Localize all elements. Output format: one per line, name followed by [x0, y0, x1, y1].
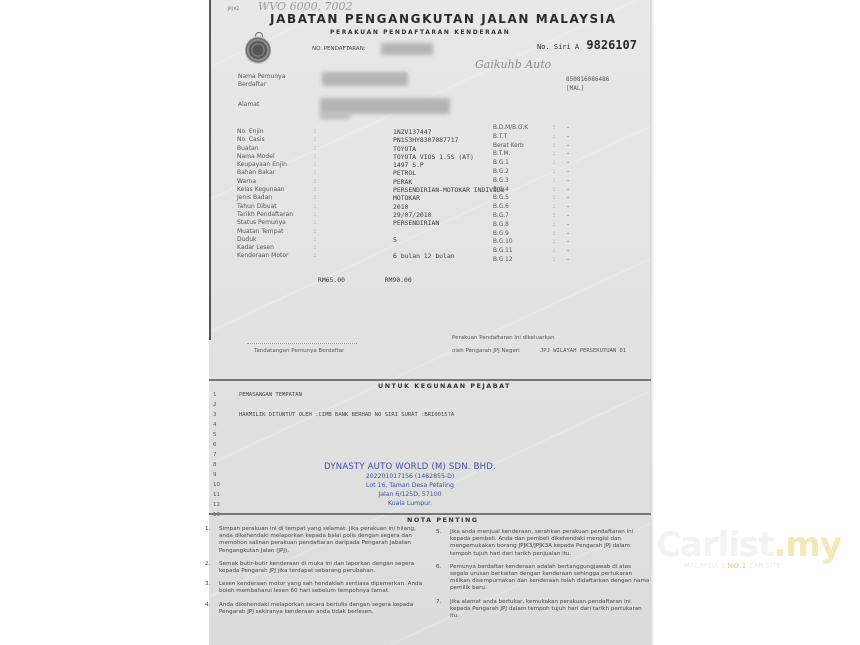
vehicle-detail-value: TOYOTA VIOS 1.5S (AT) — [393, 153, 474, 161]
vehicle-detail-row: Tahun Dibuat:2010 — [237, 203, 505, 211]
vehicle-detail-label: Status Pemunya — [237, 219, 314, 227]
weight-label: B.G.9 — [493, 230, 553, 239]
tagline-highlight: NO.1 — [727, 562, 746, 570]
section-divider — [209, 379, 651, 381]
dealer-stamp: DYNASTY AUTO WORLD (M) SDN. BHD. 2022010… — [320, 462, 500, 508]
paper-left-edge — [209, 0, 211, 340]
vehicle-detail-row: Status Pemunya:PERSENDIRIAN — [237, 219, 505, 227]
vehicle-detail-row: Buatan:TOYOTA — [237, 145, 505, 153]
note-item: 5.Jika anda menjual kenderaan, serahkan … — [436, 529, 651, 558]
vehicle-detail-row: Duduk:5 — [237, 236, 505, 244]
colon: : — [553, 142, 567, 151]
note-text: Jika alamat anda bertukar, kemukakan per… — [450, 599, 651, 621]
weight-row: B.G.11:- — [493, 247, 569, 256]
office-row-number: 11 — [213, 492, 239, 498]
colon: : — [553, 212, 567, 221]
colon: : — [314, 145, 391, 153]
fee-12-months: RM90.00 — [385, 276, 412, 284]
weight-row: B.G.1:- — [493, 159, 569, 168]
note-item: 6.Pemunya berdaftar kenderaan adalah ber… — [436, 564, 651, 593]
stamp-address-3: Kuala Lumpur. — [320, 499, 500, 508]
colon: : — [314, 211, 391, 219]
colon: : — [314, 169, 391, 177]
weight-label: B.G.6 — [493, 203, 553, 212]
colon: : — [314, 161, 391, 169]
stamp-company: DYNASTY AUTO WORLD (M) SDN. BHD. — [320, 462, 500, 472]
colon: : — [314, 194, 391, 202]
vehicle-detail-row: Kelas Kegunaan:PERSENDIRIAN-MOTOKAR INDI… — [237, 186, 505, 194]
colon: : — [553, 177, 567, 186]
serial-number: No. Siri A 9826107 — [537, 38, 637, 52]
colon: : — [314, 228, 391, 236]
notes-left-column: 1.Simpan perakuan ini di tempat yang sel… — [205, 526, 430, 622]
office-row-text: PEMASANGAN TEMPATAN — [239, 392, 302, 398]
office-row-number: 7 — [213, 452, 239, 458]
office-use-row: 2 — [213, 400, 454, 410]
stamp-address-2: Jalan 6/125D, 57100 — [320, 490, 500, 499]
note-item: 2.Semak butir-butir kenderaan di muka in… — [205, 561, 430, 575]
vehicle-detail-row: Kenderaan Motor:6 bulan 12 bulan — [237, 252, 505, 260]
colon: : — [553, 230, 567, 239]
weight-value: - — [567, 247, 569, 256]
note-text: Anda dikehendaki melaporkan secara bertu… — [219, 602, 430, 616]
office-row-number: 8 — [213, 462, 239, 468]
note-item: 3.Lesen kenderaan motor yang sah hendakl… — [205, 581, 430, 595]
office-use-row: 5 — [213, 430, 454, 440]
weight-label: B.G.3 — [493, 177, 553, 186]
vehicle-detail-value: 1497 S.P — [393, 161, 424, 169]
license-fees: RM65.00 RM90.00 — [318, 276, 412, 284]
vehicle-detail-label: Nama Model — [237, 153, 314, 161]
weight-row: B.G.6:- — [493, 203, 569, 212]
registration-number-label: NO. PENDAFTARAN: — [312, 46, 366, 52]
owner-signature-label: Tandatangan Pemunya Berdaftar — [254, 348, 344, 354]
serial-prefix: No. Siri A — [537, 43, 579, 51]
office-use-row: 1PEMASANGAN TEMPATAN — [213, 390, 454, 400]
colon: : — [553, 159, 567, 168]
colon: : — [553, 133, 567, 142]
address-redacted-line2 — [320, 114, 350, 119]
handwritten-signature: Gaikuhb Auto — [475, 58, 551, 71]
vehicle-detail-value: 29/07/2010 — [393, 211, 431, 219]
serial-value: 9826107 — [586, 38, 637, 52]
watermark-logo: Carlist.my — [656, 525, 841, 565]
note-text: Jika anda menjual kenderaan, serahkan pe… — [450, 529, 651, 558]
colon: : — [314, 136, 391, 144]
vehicle-detail-label: Warna — [237, 178, 314, 186]
weight-value: - — [567, 212, 569, 221]
note-number: 7. — [436, 599, 450, 621]
vehicle-detail-label: Kelas Kegunaan — [237, 186, 314, 194]
weight-value: - — [567, 168, 569, 177]
notes-right-column: 5.Jika anda menjual kenderaan, serahkan … — [436, 529, 651, 626]
office-use-row: 6 — [213, 440, 454, 450]
weight-label: B.G.10 — [493, 238, 553, 247]
colon: : — [553, 150, 567, 159]
note-item: 7.Jika alamat anda bertukar, kemukakan p… — [436, 599, 651, 621]
weight-label: B.G.7 — [493, 212, 553, 221]
note-number: 4. — [205, 602, 219, 616]
colon: : — [553, 194, 567, 203]
vehicle-detail-label: Tahun Dibuat — [237, 203, 314, 211]
owner-id-suffix: [MAL] — [566, 84, 609, 93]
weight-row: B.T.T:- — [493, 133, 569, 142]
weight-label: Berat Kerb — [493, 142, 553, 151]
note-text: Lesen kenderaan motor yang sah hendaklah… — [219, 581, 430, 595]
note-number: 1. — [205, 526, 219, 555]
weight-value: - — [567, 230, 569, 239]
vehicle-detail-row: Kadar Lesen: — [237, 244, 505, 252]
watermark-suffix: .my — [773, 525, 841, 565]
weight-label: B.G.4 — [493, 186, 553, 195]
colon: : — [553, 168, 567, 177]
office-use-row: 4 — [213, 420, 454, 430]
colon: : — [314, 203, 391, 211]
issuing-office: JPJ WILAYAH PERSEKUTUAN 01 — [540, 348, 626, 354]
weight-row: B.G.4:- — [493, 186, 569, 195]
weight-row: B.G.12:- — [493, 256, 569, 265]
weight-row: B.G.10:- — [493, 238, 569, 247]
stamp-address-1: Lot 16, Taman Desa Petaling — [320, 481, 500, 490]
note-number: 2. — [205, 561, 219, 575]
notes-title: NOTA PENTING — [407, 516, 479, 524]
weight-label: B.D.M/B.G.K — [493, 124, 553, 133]
weight-row: B.G.8:- — [493, 221, 569, 230]
carlist-watermark: Carlist.my MALAYSIA'S NO.1 CAR SITE — [656, 525, 841, 570]
tagline-pre: MALAYSIA'S — [684, 562, 725, 570]
note-number: 6. — [436, 564, 450, 593]
note-item: 4.Anda dikehendaki melaporkan secara ber… — [205, 602, 430, 616]
vehicle-details: No. Enjin:1NZV137447No. Casis:PN153HY830… — [237, 128, 505, 261]
weight-row: B.G.2:- — [493, 168, 569, 177]
owner-label-line2: Berdaftar — [238, 81, 285, 89]
vehicle-detail-value: PERSENDIRIAN — [393, 219, 439, 227]
vehicle-detail-row: Muatan Tempat: — [237, 228, 505, 236]
vehicle-detail-label: No. Casis — [237, 136, 314, 144]
weight-label: B.T.T — [493, 133, 553, 142]
weight-value: - — [567, 142, 569, 151]
issued-line-2: oleh Pengarah JPJ Negeri — [452, 348, 520, 354]
vehicle-detail-value: PERAK — [393, 178, 412, 186]
weight-value: - — [567, 203, 569, 212]
stamp-reg: 202201017156 (1462855-D) — [320, 472, 500, 481]
vehicle-detail-label: Buatan — [237, 145, 314, 153]
vehicle-detail-label: Bahan Bakar — [237, 169, 314, 177]
owner-label-line1: Nama Pemunya — [238, 73, 285, 81]
owner-id-number: 850816086486 — [566, 75, 609, 84]
vehicle-detail-label: No. Enjin — [237, 128, 314, 136]
vehicle-detail-row: Tarikh Pendaftaran:29/07/2010 — [237, 211, 505, 219]
vehicle-detail-row: No. Enjin:1NZV137447 — [237, 128, 505, 136]
notes-divider — [209, 513, 651, 515]
office-row-number: 1 — [213, 392, 239, 398]
vehicle-detail-row: Keupayaan Enjin:1497 S.P — [237, 161, 505, 169]
colon: : — [553, 256, 567, 265]
weight-value: - — [567, 133, 569, 142]
note-number: 5. — [436, 529, 450, 558]
colon: : — [314, 244, 391, 252]
office-row-number: 12 — [213, 502, 239, 508]
colon: : — [553, 186, 567, 195]
colon: : — [553, 221, 567, 230]
vehicle-detail-row: Warna:PERAK — [237, 178, 505, 186]
vehicle-detail-value: 5 — [393, 236, 397, 244]
office-row-number: 10 — [213, 482, 239, 488]
form-code: JPJ K2 — [228, 6, 239, 11]
colon: : — [314, 186, 391, 194]
tagline-post: CAR SITE — [749, 562, 781, 570]
office-row-number: 4 — [213, 422, 239, 428]
vehicle-detail-value: MOTOKAR — [393, 194, 420, 202]
address-label: Alamat — [238, 101, 259, 109]
weight-value: - — [567, 177, 569, 186]
note-number: 3. — [205, 581, 219, 595]
vehicle-detail-label: Muatan Tempat — [237, 228, 314, 236]
vehicle-detail-label: Tarikh Pendaftaran — [237, 211, 314, 219]
office-row-number: 6 — [213, 442, 239, 448]
office-row-text: HAKMILIK DITUNTUT OLEH :CIMB BANK BERHAD… — [239, 412, 454, 418]
weight-row: B.G.7:- — [493, 212, 569, 221]
colon: : — [314, 153, 391, 161]
vehicle-detail-row: No. Casis:PN153HY8307087717 — [237, 136, 505, 144]
note-text: Pemunya berdaftar kenderaan adalah berta… — [450, 564, 651, 593]
weight-value: - — [567, 150, 569, 159]
vehicle-detail-row: Nama Model:TOYOTA VIOS 1.5S (AT) — [237, 153, 505, 161]
weight-row: B.G.3:- — [493, 177, 569, 186]
office-use-row: 3HAKMILIK DITUNTUT OLEH :CIMB BANK BERHA… — [213, 410, 454, 420]
office-row-number: 3 — [213, 412, 239, 418]
address-redacted — [320, 98, 450, 114]
vehicle-detail-label: Keupayaan Enjin — [237, 161, 314, 169]
issued-line-1: Perakuan Pendaftaran ini dikeluarkan — [452, 335, 555, 341]
weight-label: B.G.8 — [493, 221, 553, 230]
note-text: Semak butir-butir kenderaan di muka ini … — [219, 561, 430, 575]
vehicle-detail-row: Bahan Bakar:PETROL — [237, 169, 505, 177]
fee-6-months: RM65.00 — [318, 276, 345, 284]
weight-row: B.G.5:- — [493, 194, 569, 203]
colon: : — [314, 128, 391, 136]
vehicle-detail-value: PN153HY8307087717 — [393, 136, 458, 144]
colon: : — [553, 238, 567, 247]
registration-number-redacted — [381, 43, 433, 55]
vehicle-detail-label: Kenderaan Motor — [237, 252, 314, 260]
office-row-number: 9 — [213, 472, 239, 478]
weight-label: B.G.2 — [493, 168, 553, 177]
owner-label: Nama Pemunya Berdaftar — [238, 73, 285, 90]
vehicle-detail-value: 1NZV137447 — [393, 128, 431, 136]
vehicle-detail-label: Duduk — [237, 236, 314, 244]
colon: : — [314, 236, 391, 244]
vehicle-detail-label: Kadar Lesen — [237, 244, 314, 252]
weight-details: B.D.M/B.G.K:-B.T.T:-Berat Kerb:-B.T.M.:-… — [493, 124, 569, 265]
watermark-brand: Carlist — [656, 525, 773, 565]
weight-row: B.G.9:- — [493, 230, 569, 239]
weight-value: - — [567, 256, 569, 265]
weight-row: B.D.M/B.G.K:- — [493, 124, 569, 133]
vehicle-detail-row: Jenis Badan:MOTOKAR — [237, 194, 505, 202]
weight-row: B.T.M.:- — [493, 150, 569, 159]
weight-label: B.T.M. — [493, 150, 553, 159]
signature-line — [247, 343, 357, 344]
weight-label: B.G.12 — [493, 256, 553, 265]
weight-value: - — [567, 238, 569, 247]
weight-row: Berat Kerb:- — [493, 142, 569, 151]
colon: : — [314, 219, 391, 227]
agency-title: JABATAN PENGANGKUTAN JALAN MALAYSIA — [270, 12, 617, 26]
weight-value: - — [567, 194, 569, 203]
vehicle-detail-value: 6 bulan 12 bulan — [393, 252, 455, 260]
vehicle-detail-value: TOYOTA — [393, 145, 416, 153]
weight-label: B.G.1 — [493, 159, 553, 168]
colon: : — [314, 178, 391, 186]
colon: : — [553, 203, 567, 212]
owner-name-redacted — [322, 72, 408, 86]
office-use-title: UNTUK KEGUNAAN PEJABAT — [378, 382, 511, 390]
office-use-row: 7 — [213, 450, 454, 460]
colon: : — [553, 247, 567, 256]
vehicle-detail-value: PERSENDIRIAN-MOTOKAR INDIVIDU — [393, 186, 505, 194]
owner-id: 850816086486 [MAL] — [566, 75, 609, 93]
vehicle-detail-value: 2010 — [393, 203, 408, 211]
certificate-title: PERAKUAN PENDAFTARAN KENDERAAN — [330, 29, 510, 36]
colon: : — [314, 252, 391, 260]
colon: : — [553, 124, 567, 133]
weight-label: B.G.5 — [493, 194, 553, 203]
note-text: Simpan perakuan ini di tempat yang selam… — [219, 526, 430, 555]
vehicle-detail-value: PETROL — [393, 169, 416, 177]
note-item: 1.Simpan perakuan ini di tempat yang sel… — [205, 526, 430, 555]
office-row-number: 5 — [213, 432, 239, 438]
vehicle-detail-label: Jenis Badan — [237, 194, 314, 202]
office-row-number: 2 — [213, 402, 239, 408]
weight-label: B.G.11 — [493, 247, 553, 256]
weight-value: - — [567, 221, 569, 230]
weight-value: - — [567, 159, 569, 168]
malaysia-crest-icon — [245, 36, 271, 64]
weight-value: - — [567, 186, 569, 195]
weight-value: - — [567, 124, 569, 133]
